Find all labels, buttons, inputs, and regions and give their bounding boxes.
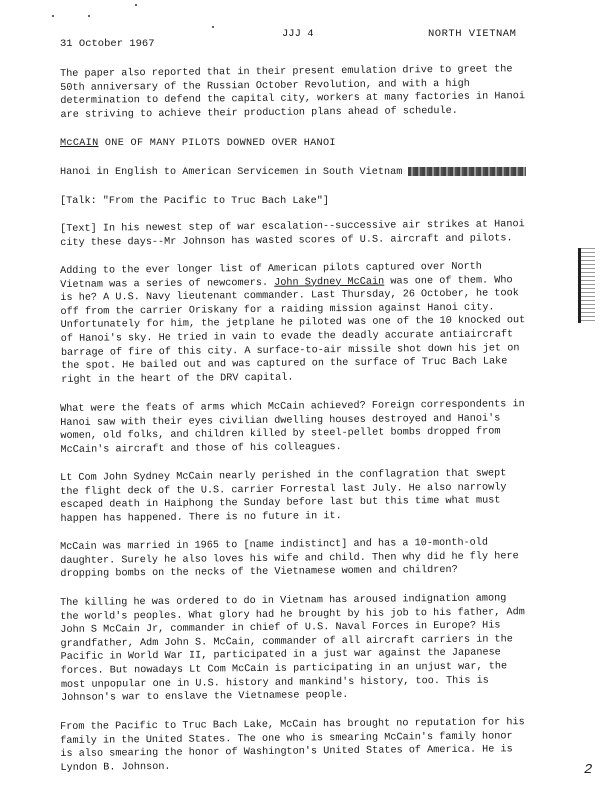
talk-title: [Talk: "From the Pacific to Truc Bach La… xyxy=(60,195,530,209)
article-paragraph: McCain was married in 1965 to [name indi… xyxy=(60,537,530,583)
article-paragraph: From the Pacific to Truc Bach Lake, McCa… xyxy=(60,716,531,775)
source-text: Hanoi in English to American Servicemen … xyxy=(60,167,402,178)
scan-speck xyxy=(135,4,137,6)
article-headline: McCAIN ONE OF MANY PILOTS DOWNED OVER HA… xyxy=(60,137,530,151)
page-code: JJJ 4 xyxy=(282,28,314,40)
scan-speck xyxy=(52,15,54,17)
paragraph-text: was one of them. Who is he? A U.S. Navy … xyxy=(60,275,525,386)
underlined-name: John Sydney McCain xyxy=(274,277,384,289)
intro-paragraph: The paper also reported that in their pr… xyxy=(60,63,531,122)
document-header: 31 October 1967 JJJ 4 NORTH VIETNAM xyxy=(60,28,540,44)
scan-speck xyxy=(88,15,90,17)
article-paragraph: Lt Com John Sydney McCain nearly perishe… xyxy=(60,467,531,526)
article-source: Hanoi in English to American Servicemen … xyxy=(60,166,530,180)
region-label: NORTH VIETNAM xyxy=(428,28,516,40)
headline-text: ONE OF MANY PILOTS DOWNED OVER HANOI xyxy=(98,138,335,149)
document-page: 31 October 1967 JJJ 4 NORTH VIETNAM The … xyxy=(0,0,600,788)
page-number-mark: 2 xyxy=(584,762,592,778)
scan-margin-mark xyxy=(578,248,595,323)
article-paragraph: What were the feats of arms which McCain… xyxy=(60,398,531,457)
document-body: The paper also reported that in their pr… xyxy=(60,68,530,788)
article-paragraph: Adding to the ever longer list of Americ… xyxy=(60,260,531,387)
headline-name: McCAIN xyxy=(60,138,98,149)
article-paragraph: [Text] In his newest step of war escalat… xyxy=(60,218,530,250)
document-date: 31 October 1967 xyxy=(60,38,155,50)
redaction-mark xyxy=(408,167,526,176)
article-paragraph: The killing he was ordered to do in Viet… xyxy=(60,592,531,706)
